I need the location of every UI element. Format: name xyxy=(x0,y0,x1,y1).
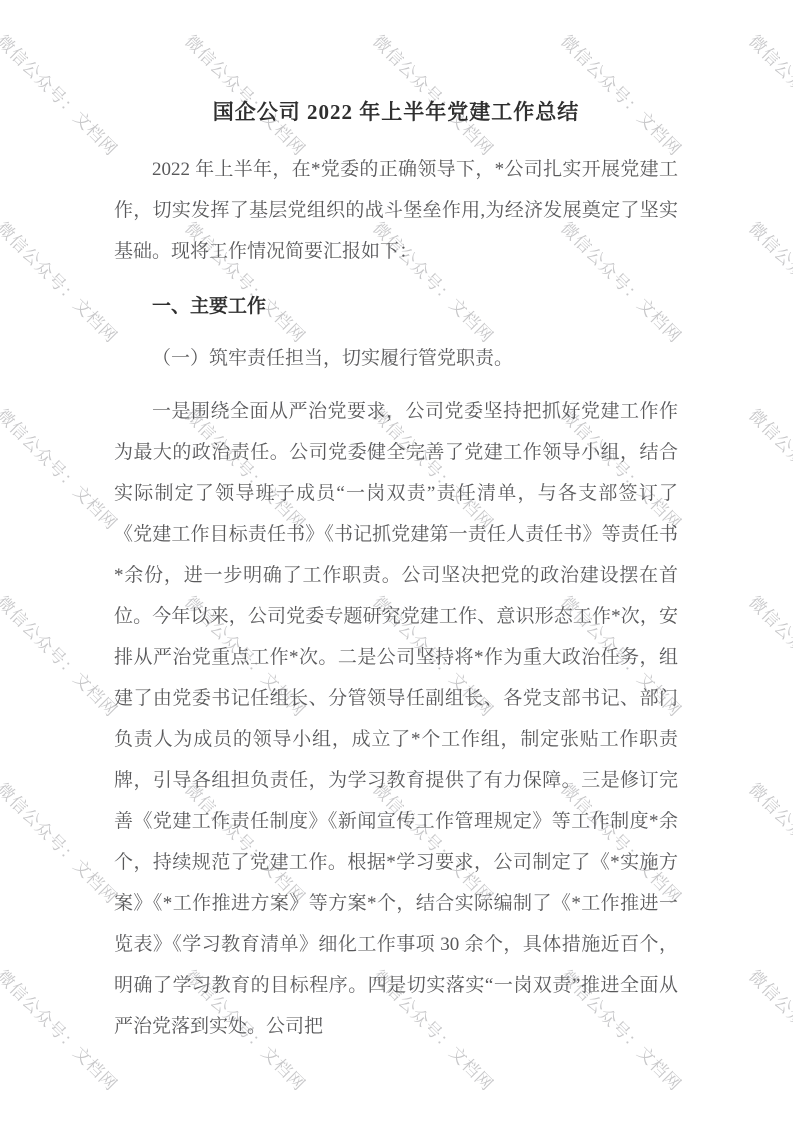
watermark-text: 微信公众号：文档网 xyxy=(744,215,793,347)
watermark-text: 微信公众号：文档网 xyxy=(744,589,793,721)
watermark-text: 微信公众号：文档网 xyxy=(744,776,793,908)
heading-level-1: 一、主要工作 xyxy=(114,286,678,327)
watermark-text: 微信公众号：文档网 xyxy=(0,215,125,347)
watermark-text: 微信公众号：文档网 xyxy=(0,589,125,721)
document-content: 国企公司 2022 年上半年党建工作总结 2022 年上半年，在*党委的正确领导… xyxy=(114,96,678,1047)
paragraph-container: 2022 年上半年，在*党委的正确领导下，*公司扎实开展党建工作，切实发挥了基层… xyxy=(114,149,678,1047)
watermark-text: 微信公众号：文档网 xyxy=(0,963,125,1095)
document-page: 微信公众号：文档网微信公众号：文档网微信公众号：文档网微信公众号：文档网微信公众… xyxy=(0,0,793,1122)
watermark-text: 微信公众号：文档网 xyxy=(0,402,125,534)
paragraph: 2022 年上半年，在*党委的正确领导下，*公司扎实开展党建工作，切实发挥了基层… xyxy=(114,149,678,272)
watermark-text: 微信公众号：文档网 xyxy=(744,402,793,534)
heading-level-2: （一）筑牢责任担当，切实履行管党职责。 xyxy=(114,338,678,379)
watermark-text: 微信公众号：文档网 xyxy=(0,776,125,908)
paragraph: 一是围绕全面从严治党要求，公司党委坚持把抓好党建工作作为最大的政治责任。公司党委… xyxy=(114,391,678,1047)
watermark-text: 微信公众号：文档网 xyxy=(744,28,793,160)
watermark-text: 微信公众号：文档网 xyxy=(0,28,125,160)
document-title: 国企公司 2022 年上半年党建工作总结 xyxy=(114,96,678,128)
watermark-text: 微信公众号：文档网 xyxy=(744,963,793,1095)
